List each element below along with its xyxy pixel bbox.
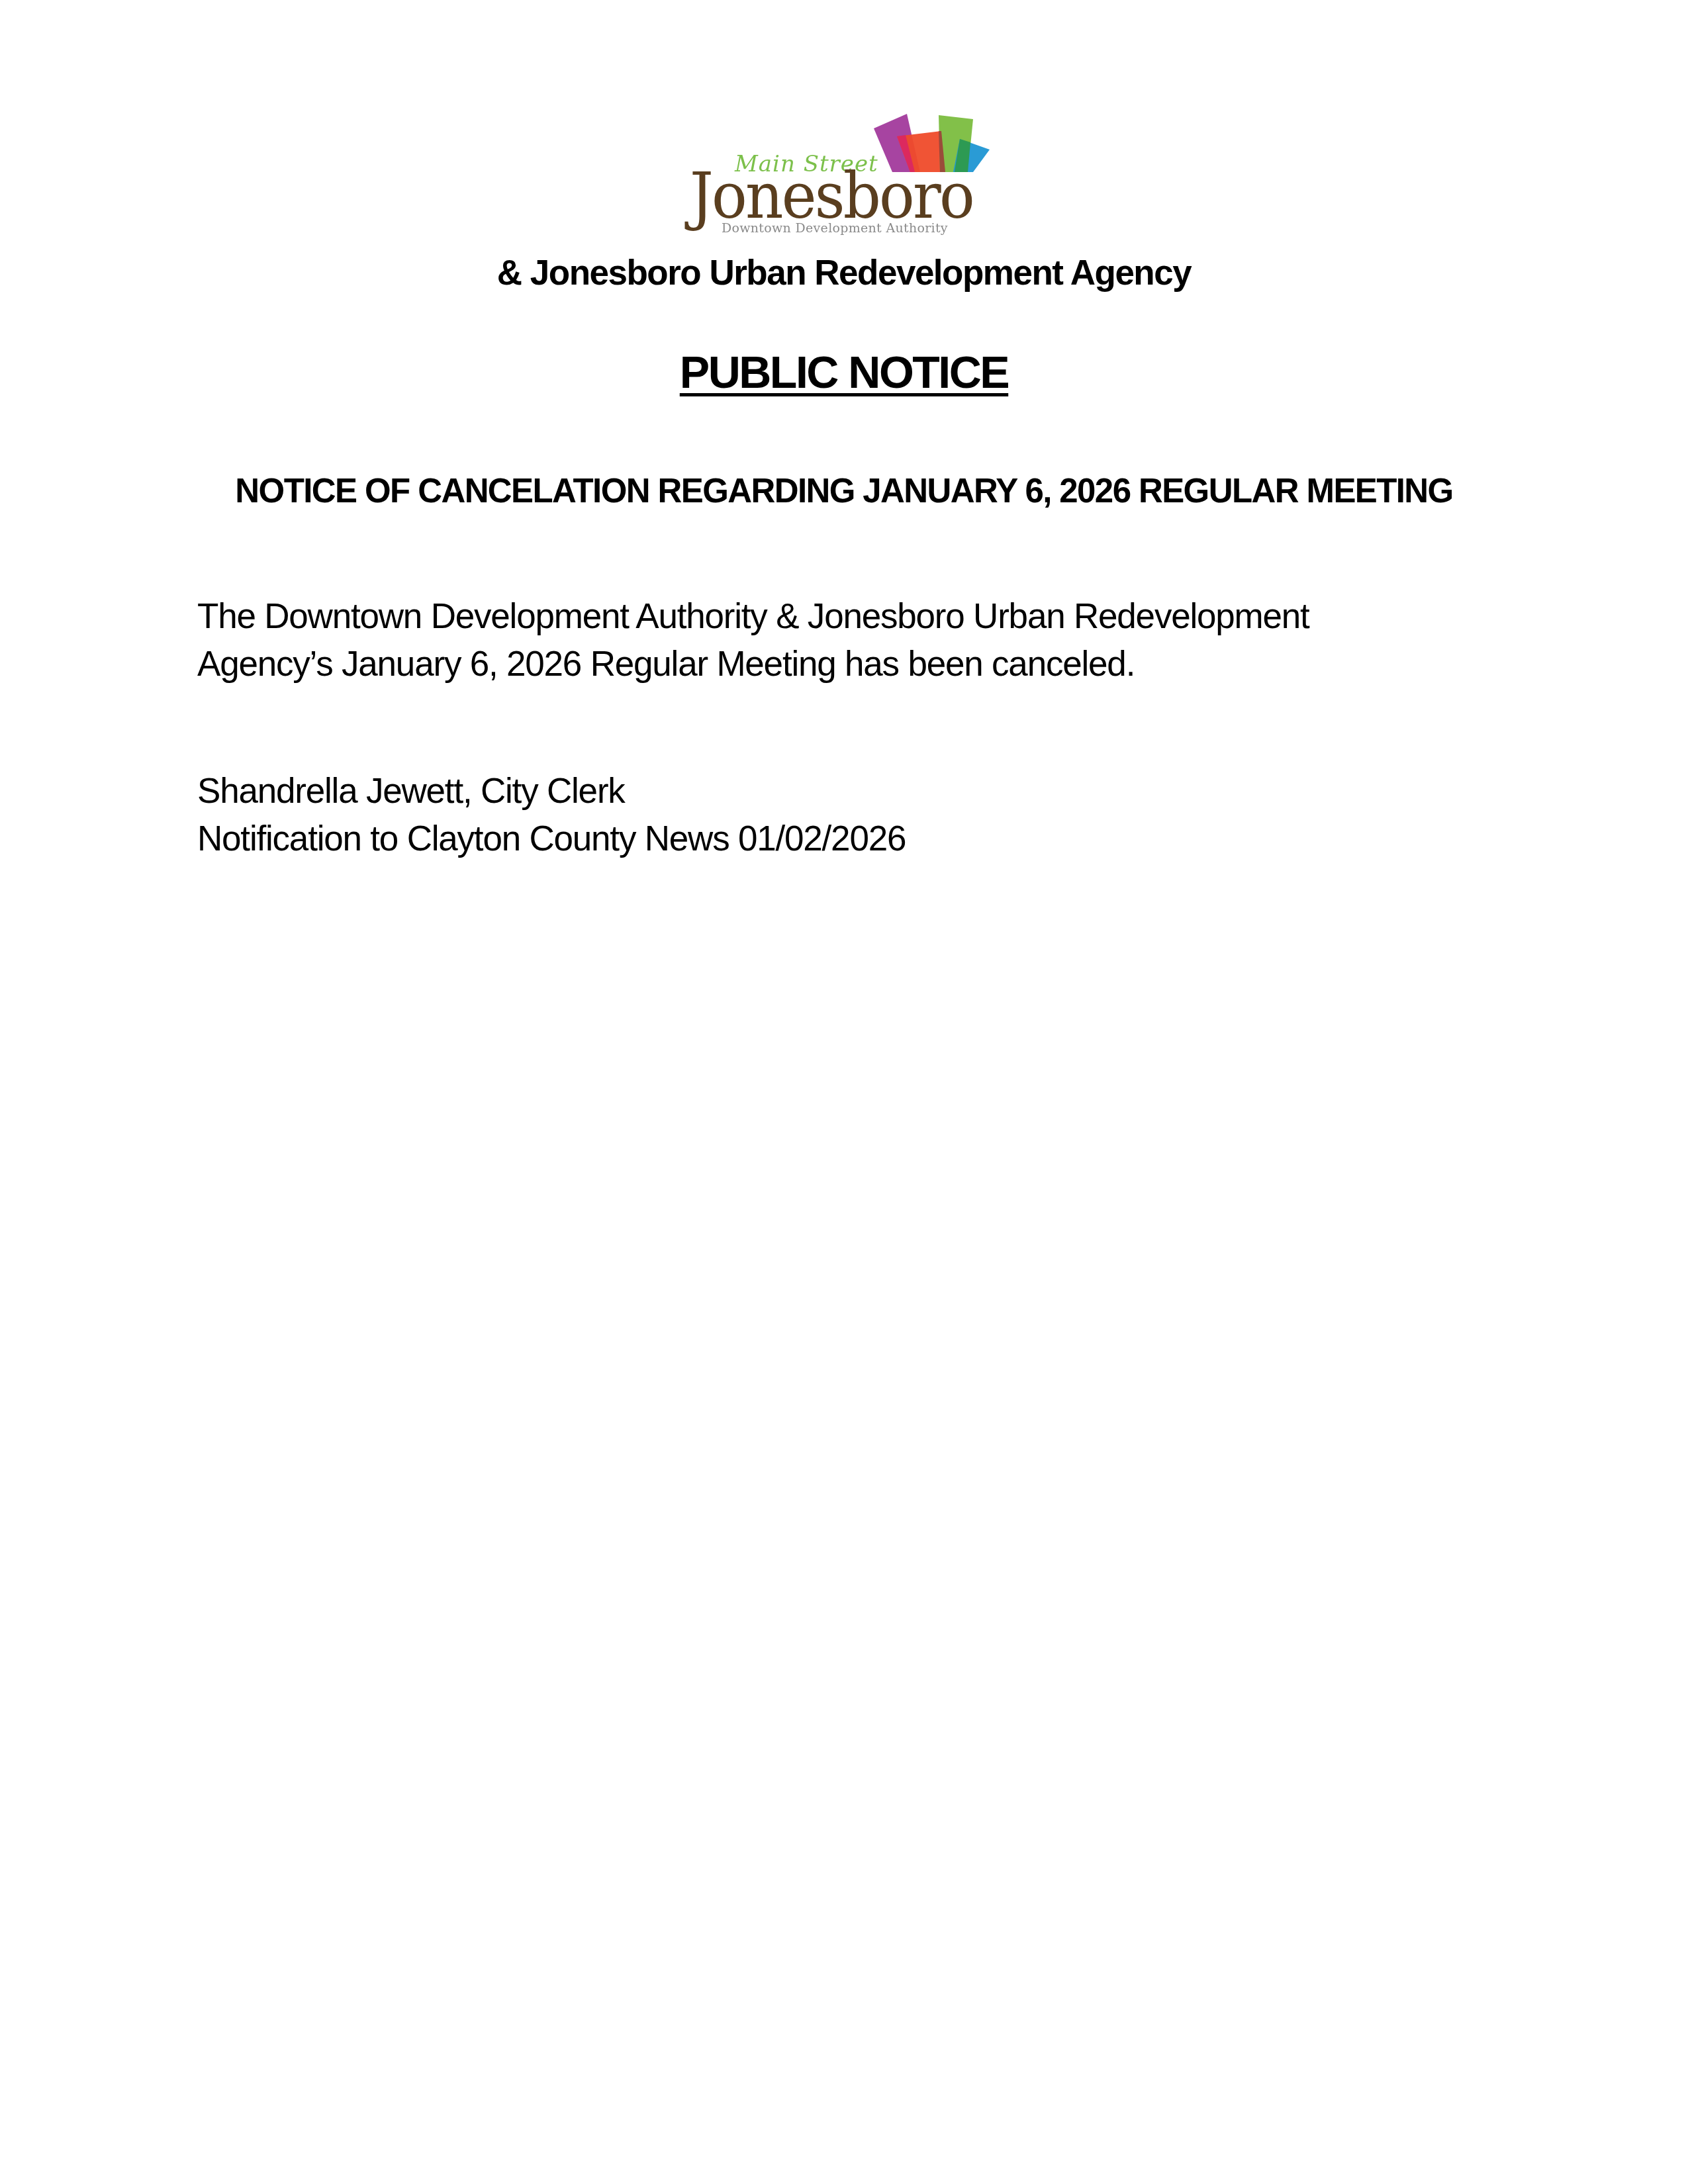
signature-block: Shandrella Jewett, City Clerk Notificati… — [197, 768, 906, 863]
logo-wordmark: Jonesboro — [690, 164, 973, 228]
main-street-jonesboro-logo: Main Street Jonesboro Downtown Developme… — [682, 106, 993, 238]
paragraph-line: The Downtown Development Authority & Jon… — [197, 593, 1309, 641]
notification-line: Notification to Clayton County News 01/0… — [197, 815, 906, 863]
notice-subtitle: NOTICE OF CANCELATION REGARDING JANUARY … — [0, 471, 1688, 510]
notice-paragraph: The Downtown Development Authority & Jon… — [197, 593, 1309, 688]
paragraph-line: Agency’s January 6, 2026 Regular Meeting… — [197, 641, 1309, 688]
page-title: PUBLIC NOTICE — [0, 347, 1688, 398]
logo-tagline: Downtown Development Authority — [722, 221, 948, 236]
page-title-text: PUBLIC NOTICE — [680, 347, 1008, 398]
agency-heading: & Jonesboro Urban Redevelopment Agency — [0, 253, 1688, 293]
signature-name: Shandrella Jewett, City Clerk — [197, 768, 906, 815]
